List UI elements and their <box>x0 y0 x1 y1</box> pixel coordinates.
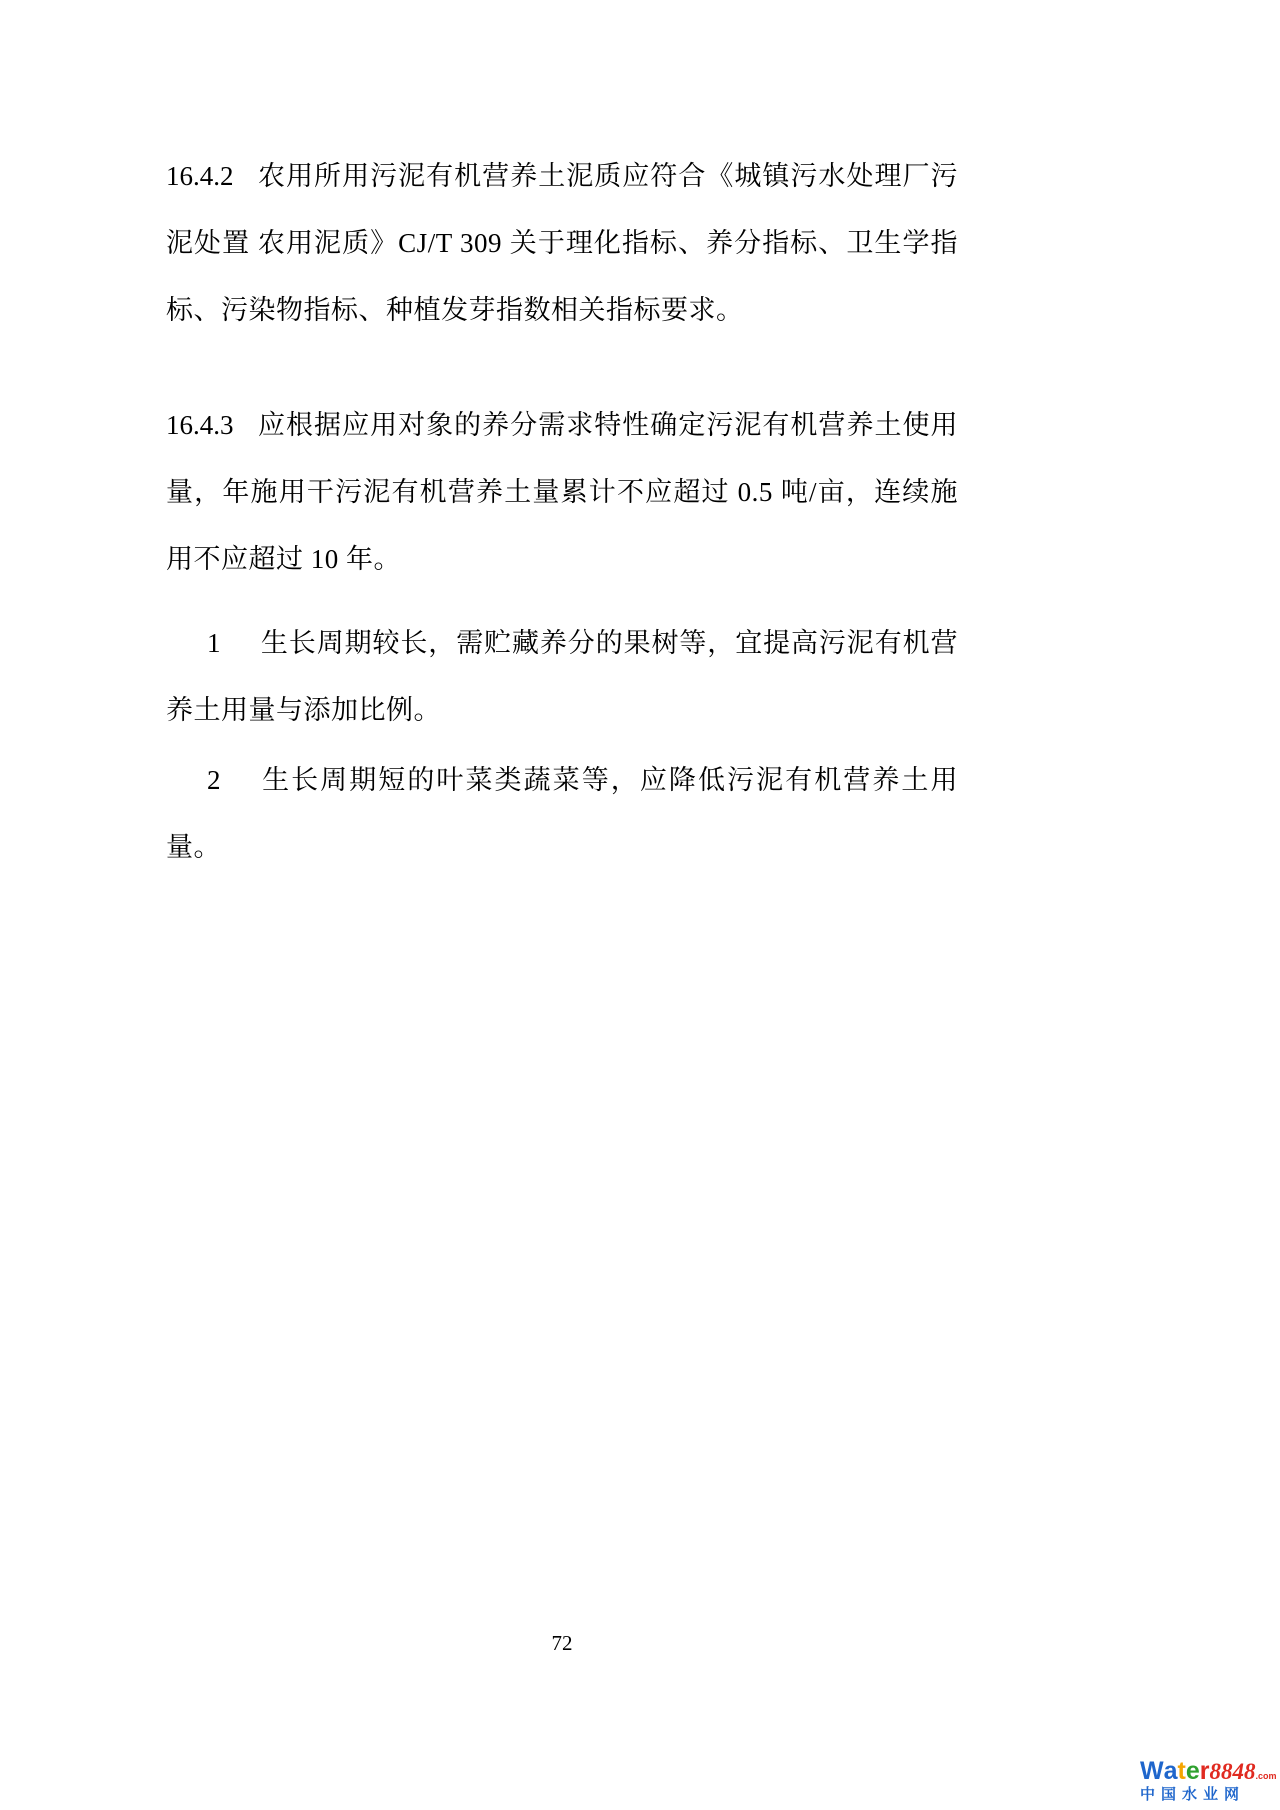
clause-text-16-4-2: 农用所用污泥有机营养土泥质应符合《城镇污水处理厂污泥处置 农用泥质》CJ/T 3… <box>166 161 958 325</box>
logo-letter-a: a <box>1164 1759 1178 1784</box>
water8848-logo: Water8848.com 中国水业网 <box>1140 1759 1272 1802</box>
logo-8848-text: 8848 <box>1209 1759 1255 1784</box>
logo-letter-t: t <box>1178 1759 1186 1784</box>
paragraph-16-4-3: 16.4.3应根据应用对象的养分需求特性确定污泥有机营养土使用量，年施用干污泥有… <box>166 392 958 593</box>
document-page: 16.4.2农用所用污泥有机营养土泥质应符合《城镇污水处理厂污泥处置 农用泥质》… <box>0 0 1280 1810</box>
clause-number-16-4-3: 16.4.3 <box>166 410 234 440</box>
list-item-1-text: 生长周期较长，需贮藏养分的果树等，宜提高污泥有机营养土用量与添加比例。 <box>166 628 958 725</box>
clause-number-16-4-2: 16.4.2 <box>166 161 234 191</box>
page-content: 16.4.2农用所用污泥有机营养土泥质应符合《城镇污水处理厂污泥处置 农用泥质》… <box>166 143 958 881</box>
logo-letter-e: e <box>1186 1759 1200 1784</box>
list-item-2-text: 生长周期短的叶菜类蔬菜等，应降低污泥有机营养土用量。 <box>166 765 958 862</box>
list-item-1-number: 1 <box>207 628 221 658</box>
water8848-logo-wordmark: Water8848.com <box>1140 1759 1272 1784</box>
list-item-2-number: 2 <box>207 765 221 795</box>
logo-letter-w: W <box>1140 1759 1164 1784</box>
list-item-1: 1生长周期较长，需贮藏养分的果树等，宜提高污泥有机营养土用量与添加比例。 <box>166 610 958 744</box>
paragraph-16-4-2: 16.4.2农用所用污泥有机营养土泥质应符合《城镇污水处理厂污泥处置 农用泥质》… <box>166 143 958 344</box>
page-number: 72 <box>166 1628 958 1658</box>
clause-text-16-4-3: 应根据应用对象的养分需求特性确定污泥有机营养土使用量，年施用干污泥有机营养土量累… <box>166 410 958 574</box>
logo-subtitle-china-water-net: 中国水业网 <box>1140 1787 1272 1802</box>
list-item-2: 2生长周期短的叶菜类蔬菜等，应降低污泥有机营养土用量。 <box>166 747 958 881</box>
logo-domain-text: .com <box>1255 1771 1276 1781</box>
